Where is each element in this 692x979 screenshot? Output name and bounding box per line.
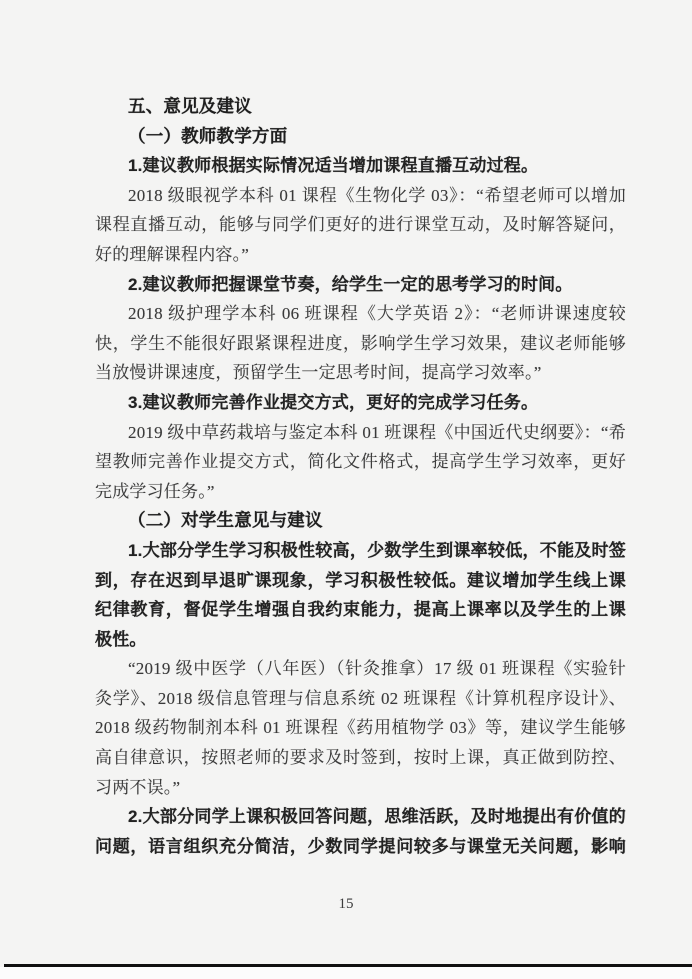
- text-line: 灸学》、2018 级信息管理与信息系统 02 班课程《计算机程序设计》、: [95, 684, 626, 714]
- text-line: 望教师完善作业提交方式，简化文件格式，提高学生学习效率，更好的: [95, 447, 626, 477]
- text-line: 3.建议教师完善作业提交方式，更好的完成学习任务。: [95, 388, 626, 418]
- page-number: 15: [0, 896, 692, 913]
- document-page: 五、意见及建议（一）教师教学方面1.建议教师根据实际情况适当增加课程直播互动过程…: [0, 0, 692, 979]
- text-line: 课程直播互动，能够与同学们更好的进行课堂互动，及时解答疑问，更: [95, 210, 626, 240]
- text-line: 好的理解课程内容。”: [95, 240, 626, 270]
- text-line: 2018 级护理学本科 06 班课程《大学英语 2》：“老师讲课速度较: [95, 299, 626, 329]
- text-line: 极性。: [95, 625, 626, 655]
- text-line: 2019 级中草药栽培与鉴定本科 01 班课程《中国近代史纲要》：“希: [95, 418, 626, 448]
- text-line: 问题，语言组织充分简洁，少数同学提问较多与课堂无关问题，影响教: [95, 832, 626, 862]
- text-line: 当放慢讲课速度，预留学生一定思考时间，提高学习效率。”: [95, 358, 626, 388]
- text-line: 快，学生不能很好跟紧课程进度，影响学生学习效果，建议老师能够适: [95, 329, 626, 359]
- section-heading: （一）教师教学方面: [95, 122, 626, 152]
- text-line: 1.建议教师根据实际情况适当增加课程直播互动过程。: [95, 151, 626, 181]
- text-line: 完成学习任务。”: [95, 477, 626, 507]
- text-line: 到，存在迟到早退旷课现象，学习积极性较低。建议增加学生线上课堂: [95, 566, 626, 596]
- text-line: 1.大部分学生学习积极性较高，少数学生到课率较低，不能及时签: [95, 536, 626, 566]
- text-line: 2.建议教师把握课堂节奏，给学生一定的思考学习的时间。: [95, 270, 626, 300]
- text-line: 纪律教育，督促学生增强自我约束能力，提高上课率以及学生的上课积: [95, 595, 626, 625]
- text-line: 高自律意识，按照老师的要求及时签到，按时上课，真正做到防控、学: [95, 743, 626, 773]
- section-heading: 五、意见及建议: [95, 92, 626, 122]
- text-line: 2.大部分同学上课积极回答问题，思维活跃，及时地提出有价值的: [95, 802, 626, 832]
- text-line: 2018 级药物制剂本科 01 班课程《药用植物学 03》等，建议学生能够提: [95, 713, 626, 743]
- scan-edge-margin: [0, 967, 692, 979]
- text-line: 习两不误。”: [95, 773, 626, 803]
- text-line: 2018 级眼视学本科 01 课程《生物化学 03》：“希望老师可以增加: [95, 181, 626, 211]
- section-heading: （二）对学生意见与建议: [95, 506, 626, 536]
- text-line: “2019 级中医学（八年医）（针灸推拿）17 级 01 班课程《实验针: [95, 654, 626, 684]
- document-body: 五、意见及建议（一）教师教学方面1.建议教师根据实际情况适当增加课程直播互动过程…: [95, 92, 626, 861]
